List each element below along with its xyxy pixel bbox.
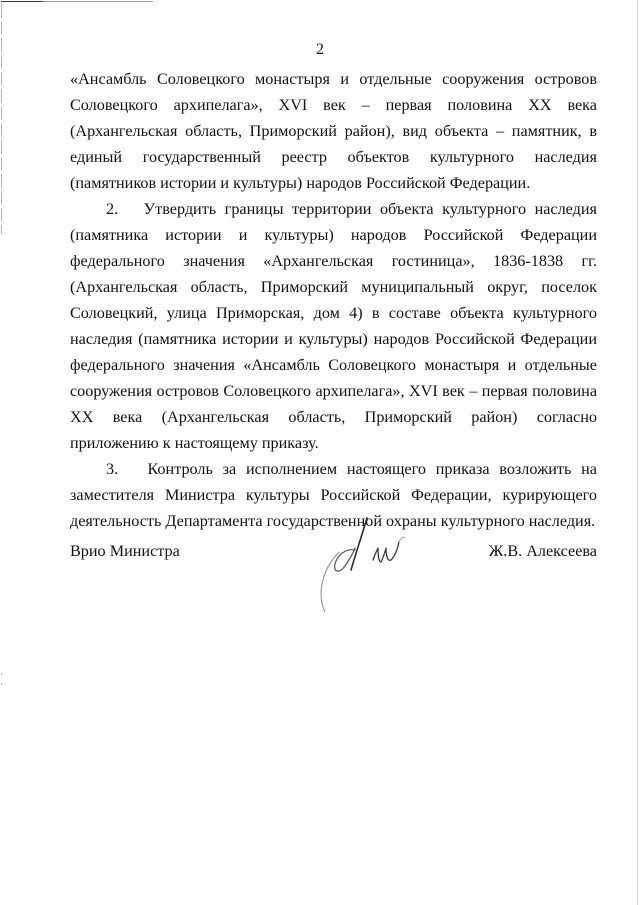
page-number: 2 xyxy=(0,40,640,60)
paragraph-continuation: «Ансамбль Соловецкого монастыря и отдель… xyxy=(70,66,597,196)
scan-edge-top xyxy=(1,1,153,2)
paragraph-item-2: 2. Утвердить границы территории объекта … xyxy=(70,196,597,456)
document-body: «Ансамбль Соловецкого монастыря и отдель… xyxy=(70,66,597,534)
scan-edge-left xyxy=(1,4,2,234)
signatory-title: Врио Министра xyxy=(70,538,180,564)
signature-block: Врио Министра Ж.В. Алексеева xyxy=(70,538,597,618)
scan-edge-left-lower xyxy=(1,673,2,693)
signatory-name: Ж.В. Алексеева xyxy=(489,538,597,564)
handwritten-signature-icon xyxy=(315,508,435,618)
scan-edge-right xyxy=(637,0,638,905)
scan-edge-top-dark xyxy=(1,1,43,2)
